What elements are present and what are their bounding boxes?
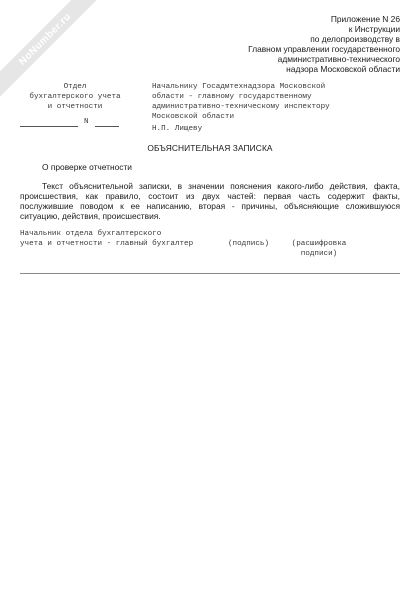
sender-department: Отдел бухгалтерского учета и отчетности — [10, 82, 140, 112]
appendix-line: по делопроизводству в — [140, 34, 400, 44]
decode-line: (расшифровка — [284, 239, 354, 249]
number-blank — [95, 118, 119, 127]
addressee-line: области - главному государственному — [152, 92, 412, 102]
appendix-line: надзора Московской области — [140, 64, 400, 74]
appendix-header: Приложение N 26 к Инструкции по делопрои… — [140, 14, 400, 74]
addressee-line: Начальнику Госадмтехнадзора Московской — [152, 82, 412, 92]
sender-line: бухгалтерского учета — [10, 92, 140, 102]
document-page: NoNumber.ru Приложение N 26 к Инструкции… — [0, 0, 420, 600]
decode-line: подписи) — [284, 249, 354, 259]
addressee-name: Н.П. Лищеву — [152, 124, 202, 134]
sender-line: Отдел — [10, 82, 140, 92]
number-sign: N — [84, 117, 89, 127]
watermark-text: NoNumber.ru — [17, 11, 73, 67]
signer-role: Начальник отдела бухгалтерского учета и … — [20, 229, 193, 249]
appendix-line: Главном управлении государственного — [140, 44, 400, 54]
signer-role-line: Начальник отдела бухгалтерского — [20, 229, 193, 239]
addressee-block: Начальнику Госадмтехнадзора Московской о… — [152, 82, 412, 122]
signature-decode-label: (расшифровка подписи) — [284, 239, 354, 259]
document-title: ОБЪЯСНИТЕЛЬНАЯ ЗАПИСКА — [0, 143, 420, 153]
appendix-line: к Инструкции — [140, 24, 400, 34]
document-body: Текст объяснительной записки, в значении… — [20, 181, 400, 221]
signer-role-line: учета и отчетности - главный бухгалтер — [20, 239, 193, 249]
registration-line: N — [20, 117, 119, 127]
sender-line: и отчетности — [10, 102, 140, 112]
addressee-line: Московской области — [152, 112, 412, 122]
appendix-line: Приложение N 26 — [140, 14, 400, 24]
appendix-line: административно-технического — [140, 54, 400, 64]
signature-label: (подпись) — [228, 239, 269, 249]
horizontal-rule — [20, 273, 400, 274]
date-blank — [20, 118, 78, 127]
signature-block: Начальник отдела бухгалтерского учета и … — [20, 229, 410, 259]
document-subject: О проверке отчетности — [42, 162, 132, 172]
addressee-line: административно-техническому инспектору — [152, 102, 412, 112]
